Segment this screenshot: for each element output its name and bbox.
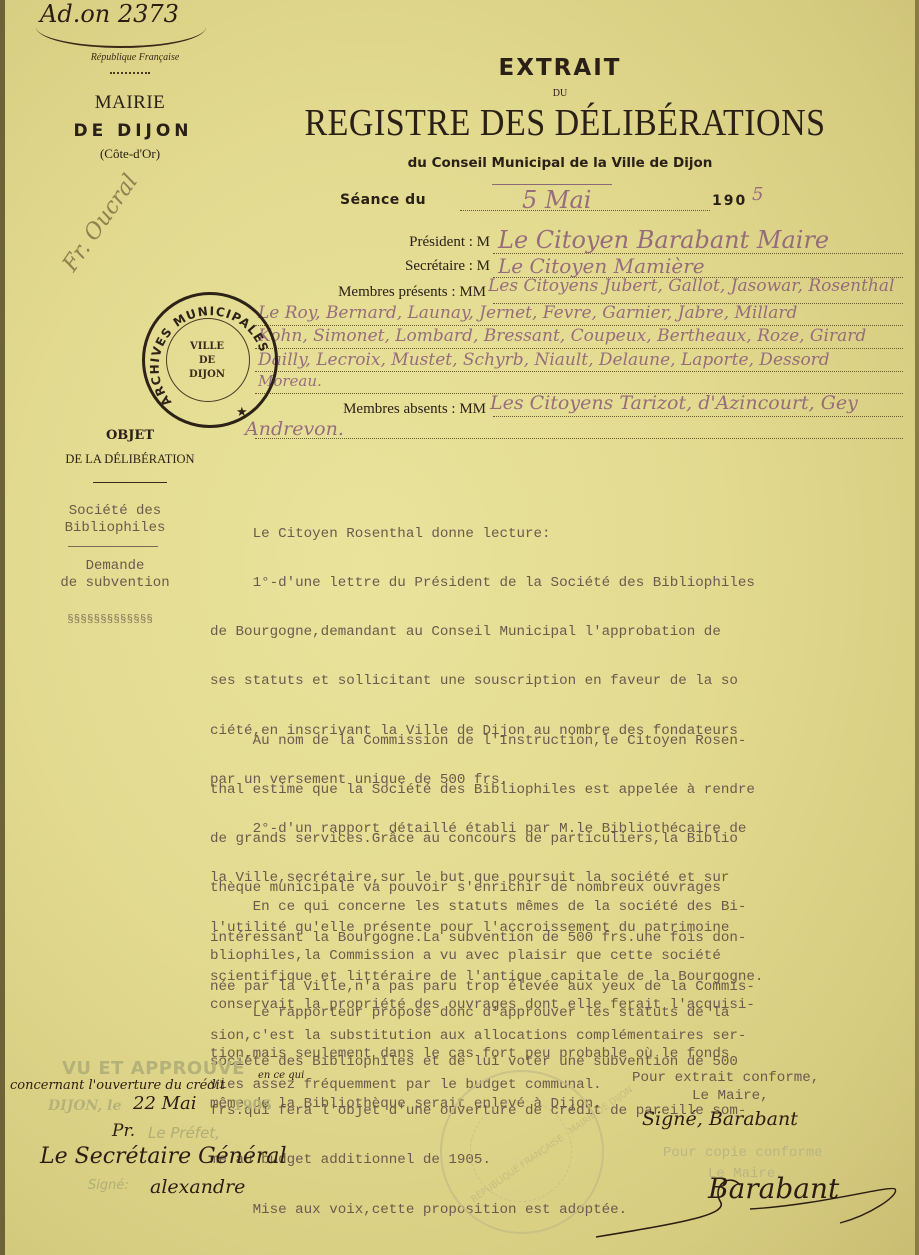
dijon-title: DE DIJON bbox=[48, 121, 218, 141]
stamp-center-line: DE bbox=[172, 354, 242, 368]
body-line: de grands services.Grâce au concours de … bbox=[210, 831, 755, 847]
reference-underline bbox=[36, 24, 206, 48]
seance-year: 190 bbox=[712, 193, 747, 209]
presents-label: Membres présents : MM bbox=[290, 284, 486, 301]
pr-abbrev: Pr. bbox=[112, 1121, 135, 1141]
presents-value-line: Le Roy, Bernard, Launay, Jernet, Fevre, … bbox=[258, 303, 797, 323]
body-line: Le rapporteur propose donc d'approuver l… bbox=[210, 1005, 746, 1021]
seance-date: 5 Mai bbox=[522, 186, 591, 214]
svg-text:★: ★ bbox=[236, 404, 248, 419]
seance-label: Séance du bbox=[340, 192, 426, 208]
objet-subject-line: Société des bbox=[30, 503, 200, 519]
absents-line-0 bbox=[493, 416, 903, 417]
presents-value-line: Kohn, Simonet, Lombard, Bressant, Coupeu… bbox=[258, 326, 866, 346]
page-edge-left bbox=[0, 0, 5, 1255]
signe-label: Signé: bbox=[88, 1178, 129, 1193]
stamp-center-line: DIJON bbox=[172, 368, 242, 382]
republique-francaise: République Française bbox=[70, 52, 200, 63]
seance-year-digit: 5 bbox=[752, 184, 763, 205]
ornament-rule bbox=[110, 72, 150, 74]
pour-extrait-conforme: Pour extrait conforme, bbox=[632, 1070, 819, 1086]
body-line: de Bourgogne,demandant au Conseil Munici… bbox=[210, 624, 763, 640]
seance-underline bbox=[492, 184, 612, 185]
vu-et-approuve-stamp: VU ET APPROUVÉ bbox=[62, 1058, 245, 1079]
du-label: DU bbox=[540, 88, 580, 99]
secretaire-label: Secrétaire : M bbox=[330, 258, 490, 275]
absents-line-1 bbox=[255, 438, 903, 439]
stamp-center-line: VILLE bbox=[172, 340, 242, 354]
mairie-title: MAIRIE bbox=[60, 92, 200, 114]
objet-subject-line: Bibliophiles bbox=[30, 520, 200, 536]
pour-copie-conforme: Pour copie conforme bbox=[663, 1145, 823, 1161]
page-edge-right bbox=[915, 0, 919, 1255]
objet-subtitle: DE LA DÉLIBÉRATION bbox=[30, 452, 230, 467]
objet-divider bbox=[68, 546, 158, 547]
objet-ornament: §§§§§§§§§§§§§ bbox=[30, 612, 190, 628]
presents-value-line: Dailly, Lecroix, Mustet, Schyrb, Niault,… bbox=[258, 350, 830, 370]
approval-handwritten-note-sup: en ce qui bbox=[258, 1070, 304, 1081]
body-line: Le Citoyen Rosenthal donne lecture: bbox=[210, 526, 763, 542]
le-maire-label: Le Maire, bbox=[692, 1088, 769, 1104]
president-value: Le Citoyen Barabant Maire bbox=[498, 226, 829, 254]
departement: (Côte-d'Or) bbox=[60, 146, 200, 162]
dijon-le-label: DIJON, le bbox=[48, 1098, 121, 1114]
le-prefet-label: Le Préfet, bbox=[148, 1124, 220, 1142]
body-line: société des Bibliophiles et de lui voter… bbox=[210, 1054, 746, 1070]
approval-year: 1905 bbox=[233, 1098, 272, 1114]
archives-stamp-center: VILLE DE DIJON bbox=[172, 340, 242, 382]
approval-date: 22 Mai bbox=[133, 1093, 197, 1114]
objet-ornament-rule bbox=[93, 482, 167, 483]
body-line: 1°-d'une lettre du Président de la Socié… bbox=[210, 575, 763, 591]
signe-barabant: Signé, Barabant bbox=[642, 1108, 798, 1130]
signature-flourish bbox=[590, 1165, 910, 1245]
secretaire-value: Le Citoyen Mamière bbox=[498, 254, 705, 278]
objet-request-line: de subvention bbox=[30, 575, 200, 591]
extrait-title: EXTRAIT bbox=[440, 55, 680, 81]
body-line: bliophiles,la Commission a vu avec plais… bbox=[210, 948, 755, 964]
presents-line-3 bbox=[255, 371, 903, 372]
body-line: thal estime que la Société des Bibliophi… bbox=[210, 782, 755, 798]
objet-title: OBJET bbox=[60, 428, 200, 443]
registre-title: REGISTRE DES DÉLIBÉRATIONS bbox=[285, 103, 845, 146]
secretaire-general-signature: Le Secrétaire Général bbox=[40, 1144, 287, 1169]
approval-handwritten-note: concernant l'ouverture du crédit bbox=[10, 1078, 225, 1093]
body-line: En ce qui concerne les statuts mêmes de … bbox=[210, 899, 755, 915]
presents-value-line: Les Citoyens Jubert, Gallot, Jasowar, Ro… bbox=[488, 276, 894, 296]
objet-request-line: Demande bbox=[30, 558, 200, 574]
body-line: ses statuts et sollicitant une souscript… bbox=[210, 673, 763, 689]
absents-value-line: Les Citoyens Tarizot, d'Azincourt, Gey bbox=[490, 392, 858, 414]
absents-label: Membres absents : MM bbox=[290, 401, 486, 418]
president-label: Président : M bbox=[330, 234, 490, 251]
conseil-subtitle: du Conseil Municipal de la Ville de Dijo… bbox=[360, 155, 760, 171]
presents-line-2 bbox=[255, 348, 903, 349]
prefect-signature: alexandre bbox=[150, 1176, 245, 1198]
body-line: Au nom de la Commission de l'Instruction… bbox=[210, 733, 755, 749]
pencil-margin-note: Fr. Oucral bbox=[58, 170, 143, 277]
